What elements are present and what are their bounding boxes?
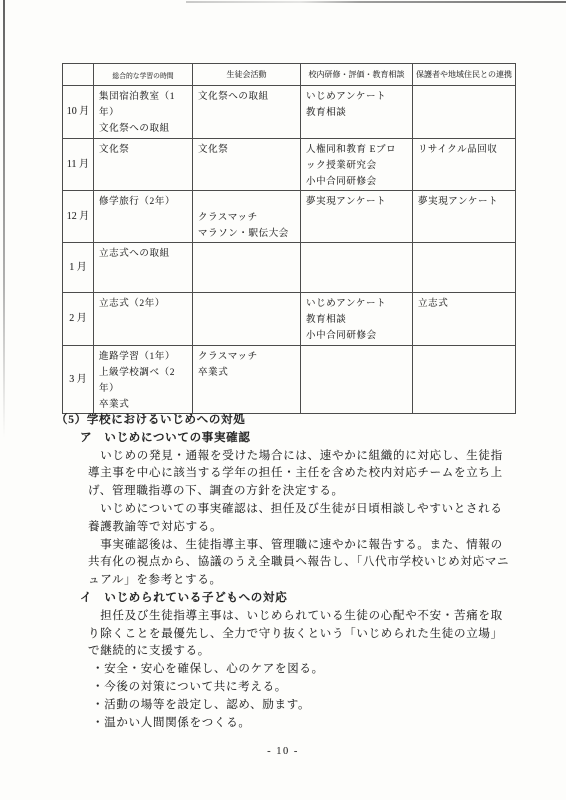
table-header-cell <box>63 64 94 86</box>
month-cell: 12 月 <box>63 191 94 243</box>
table-header-cell: 校内研修・評価・教育相談 <box>301 64 413 86</box>
table-row: 3 月進路学習（1年） 上級学校調べ（2年） 卒業式クラスマッチ 卒業式 <box>63 346 516 414</box>
page-number: - 10 - <box>0 746 566 757</box>
schedule-cell: クラスマッチ マラソン・駅伝大会 <box>193 191 301 243</box>
table-row: 12 月修学旅行（2年） クラスマッチ マラソン・駅伝大会夢実現アンケート夢実現… <box>63 191 516 243</box>
schedule-cell <box>193 243 301 293</box>
subsection-i-heading: イ いじめられている子どもへの対応 <box>56 590 515 608</box>
paragraph-a3: 事実確認後は、生徒指導主事、管理職に速やかに報告する。また、情報の 共有化の視点… <box>56 537 515 590</box>
schedule-cell: 文化祭 <box>193 139 301 191</box>
table-row: 10 月集団宿泊教室（1年） 文化祭への取組文化祭への取組いじめアンケート 教育… <box>63 86 516 139</box>
schedule-cell <box>193 293 301 346</box>
scan-artifact-top-edge <box>186 1 566 3</box>
schedule-cell: クラスマッチ 卒業式 <box>193 346 301 414</box>
table-header-row: 総合的な学習の時間生徒会活動校内研修・評価・教育相談保護者や地域住民との連携 <box>63 64 516 86</box>
table-header-cell: 総合的な学習の時間 <box>94 64 193 86</box>
schedule-cell: 文化祭への取組 <box>193 86 301 139</box>
month-cell: 3 月 <box>63 346 94 414</box>
schedule-cell: リサイクル品回収 <box>413 139 516 191</box>
schedule-cell: 立志式への取組 <box>94 243 193 293</box>
schedule-cell <box>413 243 516 293</box>
schedule-cell: 夢実現アンケート <box>413 191 516 243</box>
schedule-cell: 文化祭 <box>94 139 193 191</box>
document-page: 総合的な学習の時間生徒会活動校内研修・評価・教育相談保護者や地域住民との連携 1… <box>0 0 566 800</box>
schedule-cell: 修学旅行（2年） <box>94 191 193 243</box>
schedule-cell: 集団宿泊教室（1年） 文化祭への取組 <box>94 86 193 139</box>
schedule-cell: いじめアンケート 教育相談 <box>301 86 413 139</box>
schedule-table-header: 総合的な学習の時間生徒会活動校内研修・評価・教育相談保護者や地域住民との連携 <box>63 64 516 86</box>
schedule-cell: 人権同和教育 Eブロ ック授業研究会 小中合同研修会 <box>301 139 413 191</box>
month-cell: 2 月 <box>63 293 94 346</box>
schedule-cell: 進路学習（1年） 上級学校調べ（2年） 卒業式 <box>94 346 193 414</box>
schedule-cell: いじめアンケート 教育相談 小中合同研修会 <box>301 293 413 346</box>
schedule-cell <box>301 243 413 293</box>
schedule-cell <box>301 346 413 414</box>
table-row: 11 月文化祭文化祭人権同和教育 Eブロ ック授業研究会 小中合同研修会リサイク… <box>63 139 516 191</box>
schedule-cell: 夢実現アンケート <box>301 191 413 243</box>
paragraph-a1: いじめの発見・通報を受けた場合には、速やかに組織的に対応し、生徒指 導主事を中心… <box>56 448 515 501</box>
table-row: 1 月立志式への取組 <box>63 243 516 293</box>
schedule-cell <box>413 86 516 139</box>
paragraph-a2: いじめについての事実確認は、担任及び生徒が日頃相談しやすいとされる 養護教諭等で… <box>56 501 515 537</box>
table-header-cell: 生徒会活動 <box>193 64 301 86</box>
schedule-cell <box>413 346 516 414</box>
monthly-schedule-table: 総合的な学習の時間生徒会活動校内研修・評価・教育相談保護者や地域住民との連携 1… <box>62 63 516 414</box>
scan-artifact-left-line <box>3 0 5 438</box>
schedule-cell: 立志式 <box>413 293 516 346</box>
body-text-block: （5）学校におけるいじめへの対処 ア いじめについての事実確認 いじめの発見・通… <box>56 412 515 732</box>
schedule-table-body: 10 月集団宿泊教室（1年） 文化祭への取組文化祭への取組いじめアンケート 教育… <box>63 86 516 414</box>
month-cell: 11 月 <box>63 139 94 191</box>
schedule-cell: 立志式（2年） <box>94 293 193 346</box>
bullet-list: ・安全・安心を確保し、心のケアを図る。 ・今後の対策について共に考える。 ・活動… <box>56 661 515 732</box>
subsection-a-heading: ア いじめについての事実確認 <box>56 430 515 448</box>
month-cell: 10 月 <box>63 86 94 139</box>
month-cell: 1 月 <box>63 243 94 293</box>
table-header-cell: 保護者や地域住民との連携 <box>413 64 516 86</box>
paragraph-i1: 担任及び生徒指導主事は、いじめられている生徒の心配や不安・苦痛を取 り除くことを… <box>56 608 515 661</box>
section-heading: （5）学校におけるいじめへの対処 <box>56 412 515 430</box>
table-row: 2 月立志式（2年）いじめアンケート 教育相談 小中合同研修会立志式 <box>63 293 516 346</box>
